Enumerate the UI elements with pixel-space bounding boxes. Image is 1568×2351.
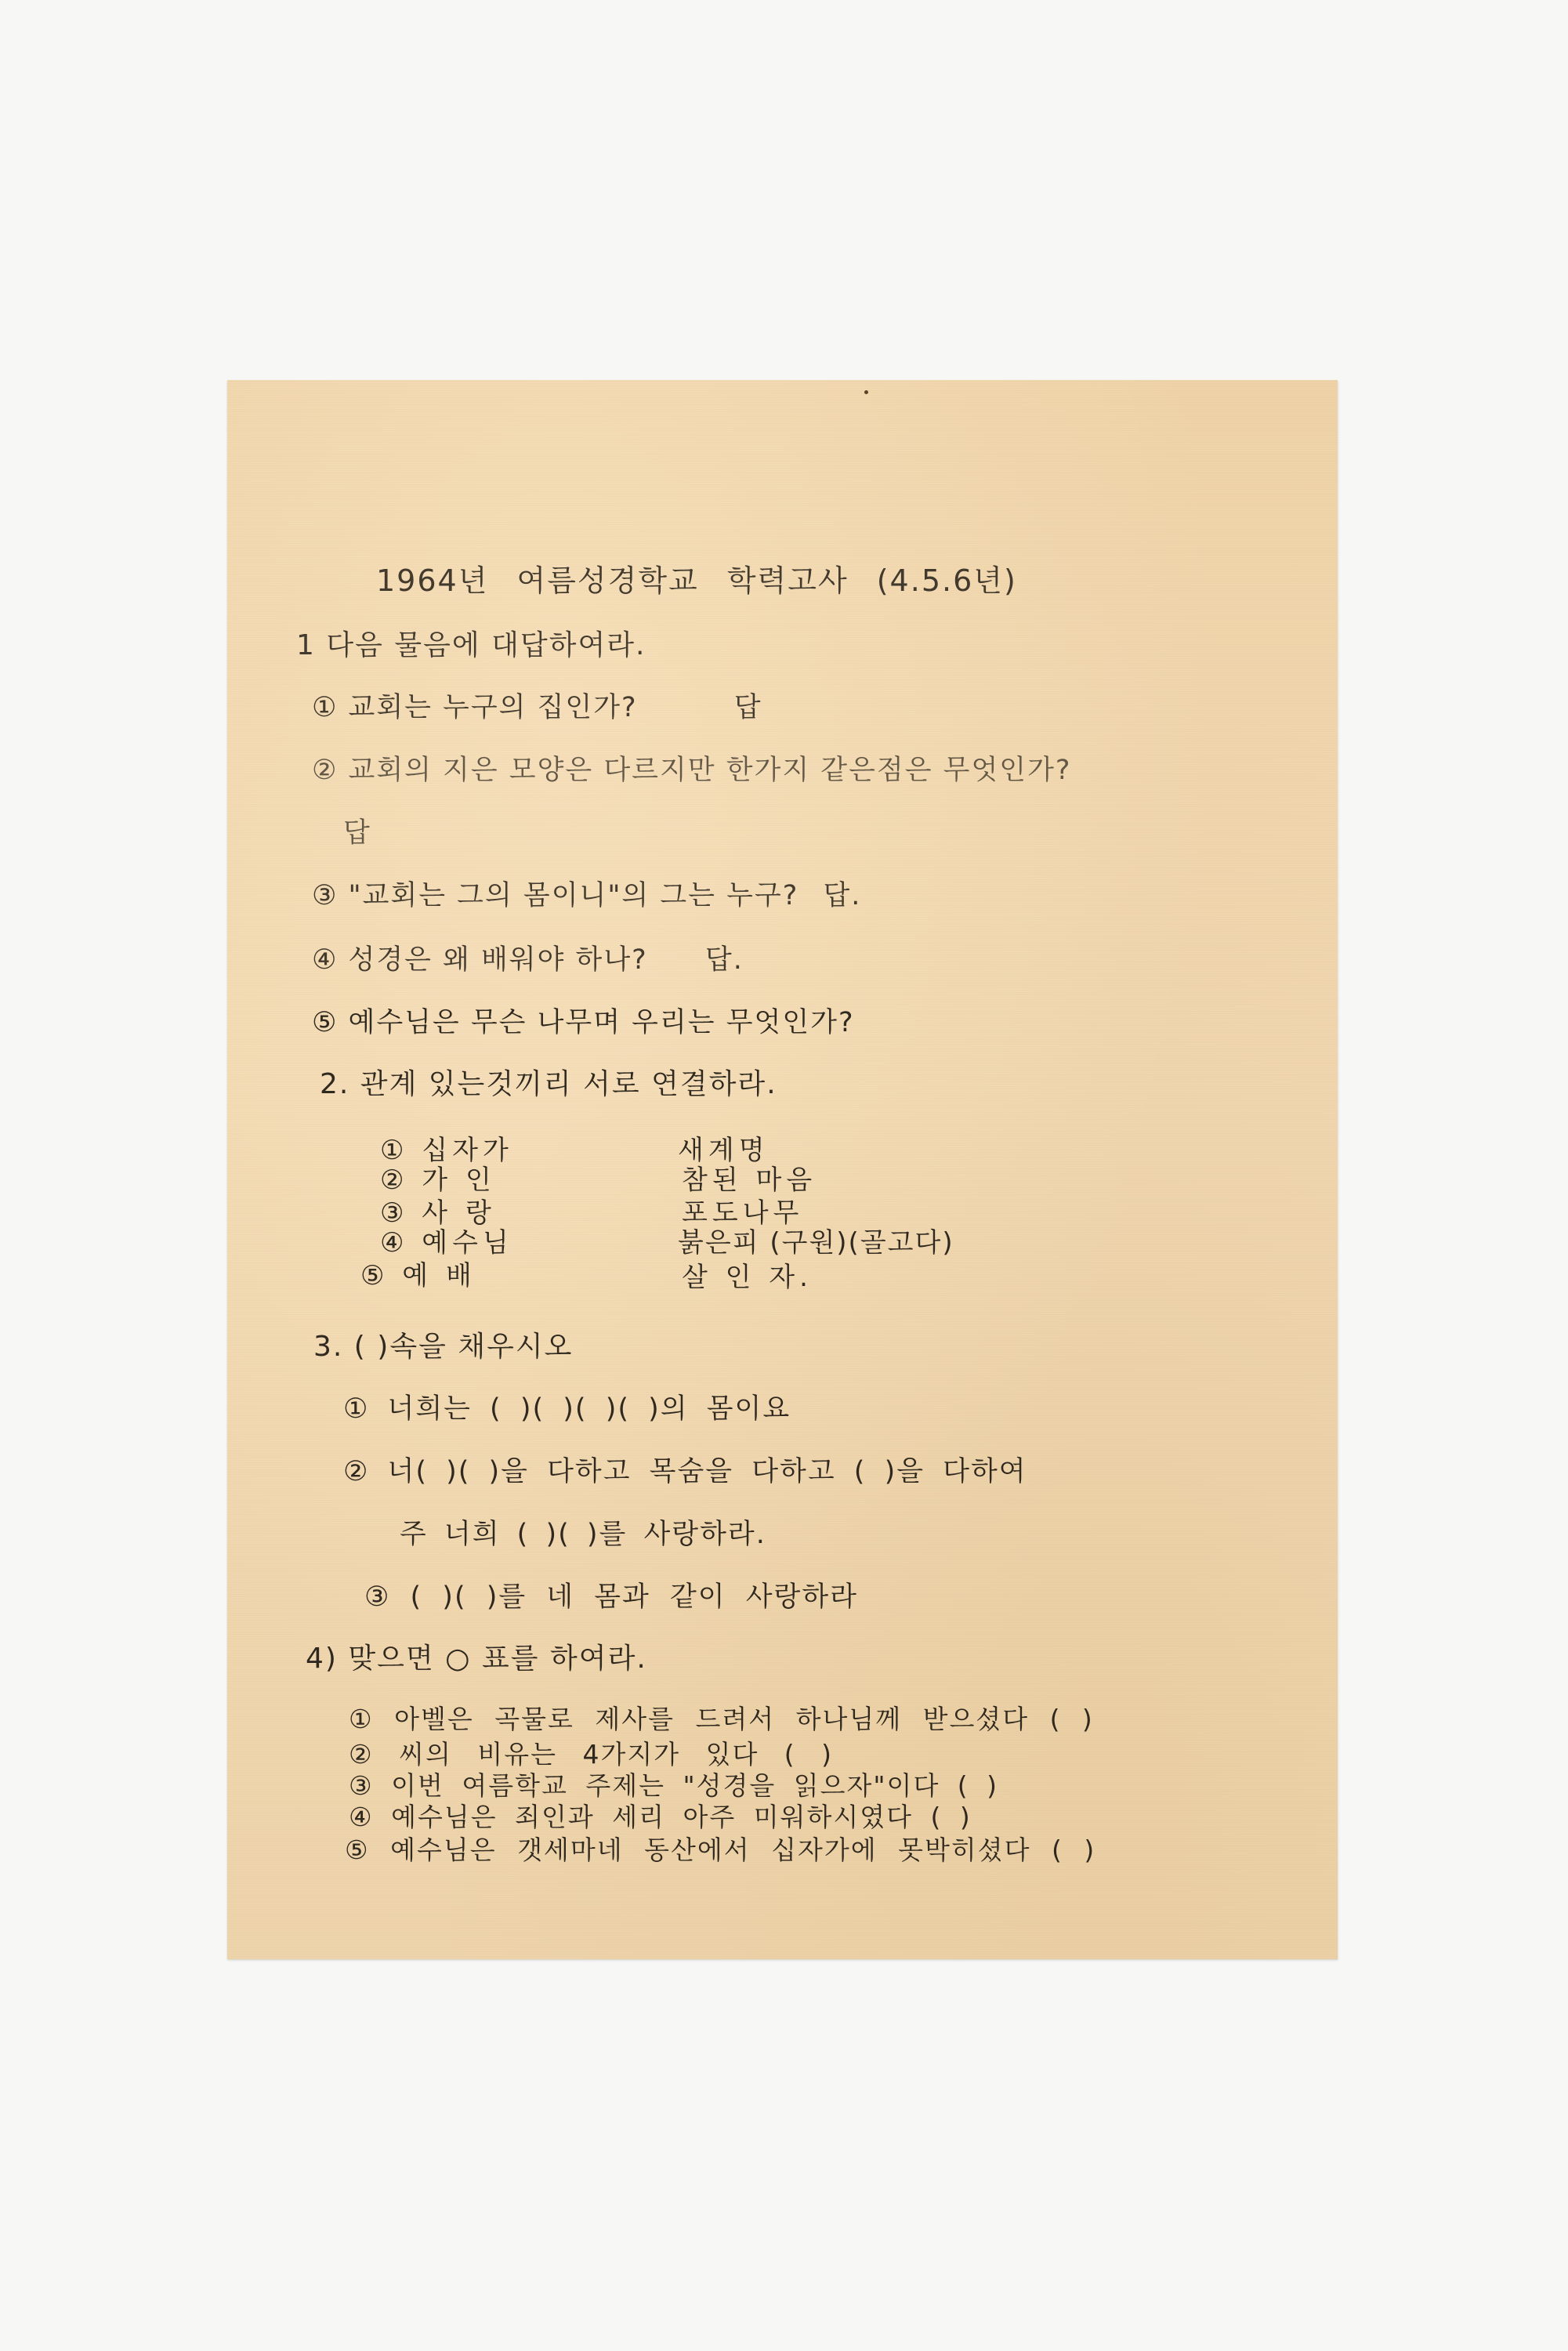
- matching-left-item: ⑤ 예 배: [360, 1254, 476, 1292]
- section4-heading: 4) 맞으면 ○ 표를 하여라.: [306, 1636, 647, 1676]
- fill-in-item-2: ② 너( )( )을 다하고 목숨을 다하고 ( )을 다하여: [343, 1450, 1027, 1489]
- true-false-item-5: ⑤ 예수님은 갯세마네 동산에서 십자가에 못박히셨다 ( ): [345, 1830, 1095, 1867]
- question-3-answer-label: 답.: [823, 880, 861, 911]
- question-3-text: ③ "교회는 그의 몸이니"의 그는 누구?: [312, 880, 798, 911]
- paper-speck: [864, 390, 868, 394]
- section3-heading: 3. ( )속을 채우시오: [313, 1324, 573, 1364]
- question-1-text: ① 교회는 누구의 집인가?: [312, 692, 638, 723]
- matching-right-item: 살 인 자.: [682, 1255, 813, 1294]
- true-false-item-1: ① 아벨은 곡물로 제사를 드려서 하나님께 받으셨다 ( ): [349, 1699, 1094, 1736]
- section2-heading: 2. 관계 있는것끼리 서로 연결하라.: [320, 1062, 777, 1102]
- question-1-answer-label: 답: [734, 692, 762, 723]
- question-4: ④ 성경은 왜 배워야 하나? 답.: [312, 938, 744, 977]
- question-4-text: ④ 성경은 왜 배워야 하나?: [312, 944, 648, 976]
- question-1: ① 교회는 누구의 집인가? 답: [312, 686, 762, 725]
- question-2-answer-label: 답: [343, 811, 371, 850]
- exam-paper-sheet: 1964년 여름성경학교 학력고사 (4.5.6년) 1 다음 물음에 대답하여…: [227, 380, 1338, 1959]
- matching-right-item: 붉은피 (구원)(골고다): [678, 1221, 954, 1259]
- true-false-item-4: ④ 예수님은 죄인과 세리 아주 미워하시였다 ( ): [349, 1797, 972, 1834]
- question-3: ③ "교회는 그의 몸이니"의 그는 누구? 답.: [312, 874, 861, 913]
- fill-in-item-1: ① 너희는 ( )( )( )( )의 몸이요: [343, 1387, 791, 1426]
- section1-heading: 1 다음 물음에 대답하여라.: [296, 623, 646, 663]
- fill-in-item-2-continued: 주 너희 ( )( )를 사랑하라.: [400, 1512, 766, 1552]
- document-title: 1964년 여름성경학교 학력고사 (4.5.6년): [376, 556, 1017, 600]
- fill-in-item-3: ③ ( )( )를 네 몸과 같이 사랑하라: [364, 1575, 858, 1614]
- question-2: ② 교회의 지은 모양은 다르지만 한가지 같은점은 무엇인가?: [312, 748, 1071, 788]
- question-4-answer-label: 답.: [705, 944, 744, 976]
- question-5: ⑤ 예수님은 무슨 나무며 우리는 무엇인가?: [312, 1001, 855, 1040]
